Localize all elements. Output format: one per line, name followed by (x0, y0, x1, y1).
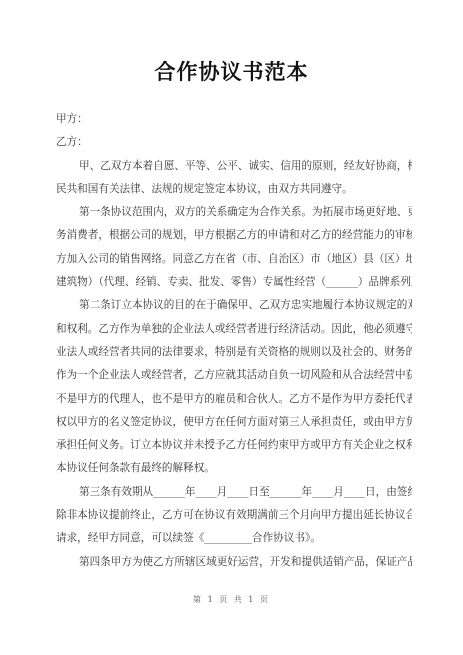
text-line: 民共和国有关法律、法规的规定签定本协议，由双方共同遵守。 (56, 178, 412, 201)
text-line: 乙方： (56, 131, 412, 154)
text-line: 建筑物）（代理、经销、专卖、批发、零售）专属性经营（______）品牌系列产品。 (56, 271, 412, 294)
document-title: 合作协议书范本 (0, 56, 463, 86)
document-page: 合作协议书范本 甲方：乙方：甲、乙双方本着自愿、平等、公平、诚实、信用的原则，经… (0, 0, 463, 655)
text-line: 方加入公司的销售网络。同意乙方在省（市、自治区）市（地区）县（区）地点（商场 (56, 248, 412, 271)
text-line: 请求，经甲方同意，可以续签《_________合作协议书》。 (56, 527, 412, 550)
text-line: 第二条订立本协议的目的在于确保甲、乙双方忠实地履行本协议规定的双方的职责 (56, 294, 412, 317)
text-line: 除非本协议提前终止，乙方可在协议有效期满前三个月向甲方提出延长协议合作的书面 (56, 504, 412, 527)
text-line: 本协议任何条款有最终的解释权。 (56, 457, 412, 480)
text-line: 务消费者，根据公司的规划，甲方根据乙方的申请和对乙方的经营能力的审核，同意乙 (56, 224, 412, 247)
text-line: 作为一个企业法人或经营者，乙方应就其活动自负一切风险和从合法经营中获利。乙方 (56, 364, 412, 387)
text-line: 第一条协议范围内，双方的关系确定为合作关系。为拓展市场更好地、更规范地服 (56, 201, 412, 224)
text-line: 第四条甲方为使乙方所辖区域更好运营，开发和提供适销产品，保证产品质量符合 (56, 551, 412, 574)
text-line: 不是甲方的代理人，也不是甲方的雇员和合伙人。乙方不是作为甲方委托代表，乙方无 (56, 388, 412, 411)
text-line: 甲方： (56, 108, 412, 131)
document-body: 甲方：乙方：甲、乙双方本着自愿、平等、公平、诚实、信用的原则，经友好协商，根据中… (56, 108, 412, 574)
page-footer: 第 1 页 共 1 页 (0, 594, 463, 605)
text-line: 权以甲方的名义签定协议，使甲方在任何方面对第三人承担责任，或由甲方负担费用， (56, 411, 412, 434)
text-line: 和权利。乙方作为单独的企业法人或经营者进行经济活动。因此，他必须遵守对所有企 (56, 318, 412, 341)
text-line: 甲、乙双方本着自愿、平等、公平、诚实、信用的原则，经友好协商，根据中华人 (56, 155, 412, 178)
text-line: 业法人或经营者共同的法律要求，特别是有关资格的规则以及社会的、财务的商业要求。 (56, 341, 412, 364)
text-line: 承担任何义务。订立本协议并未授予乙方任何约束甲方或甲方有关企业之权利，甲方对 (56, 434, 412, 457)
text-line: 第三条有效期从______年____月____日至______年____月___… (56, 481, 412, 504)
